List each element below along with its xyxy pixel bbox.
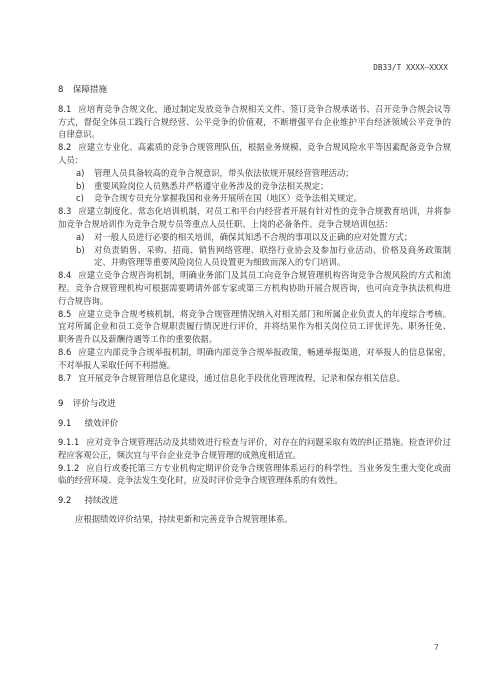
document-code: DB33/T XXXX—XXXX [373,63,448,72]
clause-8-1: 8.1应培育竞争合规文化，通过制定发放竞争合规相关文件、签订竞争合规承诺书、召开… [58,103,451,141]
section-number: 9 [58,398,70,411]
clause-8-6: 8.6应建立内部竞争合规举报机制，明确内部竞争合规举报政策，畅通举报渠道，对举报… [58,346,451,372]
clause-text: 宜开展竞争合规管理信息化建设，通过信息化手段优化管理流程，记录和保存相关信息。 [78,373,405,383]
list-item-text: 对一般人员进行必要的相关培训，确保其知悉不合规的事项以及正确的应对处置方式； [94,232,412,242]
page-number: 7 [434,643,439,652]
list-item-label: c) [76,192,84,205]
clause-text: 应建立专业化、高素质的竞争合规管理队伍，根据业务规模、竞争合规风险水平等因素配备… [58,142,451,165]
clause-text: 应建立竞争合规咨询机制，明确业务部门及其员工向竞争合规管理机构咨询竞争合规风险的… [58,270,451,306]
clause-number: 8.7 [58,372,71,385]
clause-number: 8.1 [58,103,71,116]
clause-number: 9.1.2 [58,462,79,475]
list-item: c) 竞争合规专员充分掌握我国和业务开展所在国（地区）竞争法相关规定。 [58,192,451,205]
clause-text: 应培育竞争合规文化，通过制定发放竞争合规相关文件、签订竞争合规承诺书、召开竞争合… [58,104,451,140]
clause-number: 8.5 [58,308,71,321]
clause-number: 9.1.1 [58,436,79,449]
clause-text: 应建立内部竞争合规举报机制，明确内部竞争合规举报政策，畅通举报渠道，对举报人的信… [58,347,451,370]
list-item-text: 重要风险岗位人员熟悉并严格遵守业务涉及的竞争法相关规定； [94,181,329,191]
section-title: 评价与改进 [73,399,116,409]
subsection-9-2-text: 应根据绩效评价结果，持续更新和完善竞争合规管理体系。 [58,513,451,526]
clause-8-3-list: a) 对一般人员进行必要的相关培训，确保其知悉不合规的事项以及正确的应对处置方式… [58,231,451,269]
subsection-number: 9.1 [58,417,82,430]
clause-number: 8.6 [58,346,71,359]
clause-8-3: 8.3应建立制度化、常态化培训机制，对员工和平台内经营者开展有针对性的竞争合规教… [58,205,451,231]
clause-9-1-1: 9.1.1应对竞争合规管理活动及其绩效进行检查与评价，对存在的问题采取有效的纠正… [58,436,451,462]
subsection-9-1-heading: 9.1 绩效评价 [58,417,451,430]
list-item-label: b) [76,180,85,193]
list-item: b) 重要风险岗位人员熟悉并严格遵守业务涉及的竞争法相关规定； [58,180,451,193]
clause-8-5: 8.5应建立竞争合规考核机制，将竞争合规管理情况纳入对相关部门和所属企业负责人的… [58,308,451,346]
clause-number: 8.4 [58,269,71,282]
spacer [58,384,451,398]
document-page: DB33/T XXXX—XXXX 8 保障措施 8.1应培育竞争合规文化，通过制… [0,0,495,700]
list-item-text: 对负责销售、采购、招商、销售网络管理、联络行业协会及参加行业活动、价格及商务政策… [94,245,451,268]
list-item-label: a) [76,167,84,180]
clause-number: 8.3 [58,205,71,218]
clause-8-2: 8.2应建立专业化、高素质的竞争合规管理队伍，根据业务规模、竞争合规风险水平等因… [58,141,451,167]
list-item-label: b) [76,244,85,257]
section-number: 8 [58,84,70,97]
page-content: 8 保障措施 8.1应培育竞争合规文化，通过制定发放竞争合规相关文件、签订竞争合… [58,84,451,526]
section-8-heading: 8 保障措施 [58,84,451,97]
list-item: a) 对一般人员进行必要的相关培训，确保其知悉不合规的事项以及正确的应对处置方式… [58,231,451,244]
clause-text: 应建立制度化、常态化培训机制，对员工和平台内经营者开展有针对性的竞争合规教育培训… [58,206,451,229]
clause-8-7: 8.7宜开展竞争合规管理信息化建设，通过信息化手段优化管理流程，记录和保存相关信… [58,372,451,385]
clause-text: 应自行或委托第三方专业机构定期评价竞争合规管理体系运行的科学性。当业务发生重大变… [58,463,451,486]
list-item: b) 对负责销售、采购、招商、销售网络管理、联络行业协会及参加行业活动、价格及商… [58,244,451,270]
list-item-text: 管理人员具备较高的竞争合规意识，带头依法依规开展经营管理活动； [94,168,354,178]
subsection-title: 持续改进 [85,495,119,505]
subsection-number: 9.2 [58,494,82,507]
list-item: a) 管理人员具备较高的竞争合规意识，带头依法依规开展经营管理活动； [58,167,451,180]
subsection-title: 绩效评价 [85,418,119,428]
section-title: 保障措施 [73,85,107,95]
clause-number: 8.2 [58,141,71,154]
clause-8-4: 8.4应建立竞争合规咨询机制，明确业务部门及其员工向竞争合规管理机构咨询竞争合规… [58,269,451,307]
list-item-label: a) [76,231,84,244]
section-9-heading: 9 评价与改进 [58,398,451,411]
clause-text: 应对竞争合规管理活动及其绩效进行检查与评价，对存在的问题采取有效的纠正措施。检查… [58,437,451,460]
clause-9-1-2: 9.1.2应自行或委托第三方专业机构定期评价竞争合规管理体系运行的科学性。当业务… [58,462,451,488]
clause-text: 应建立竞争合规考核机制，将竞争合规管理情况纳入对相关部门和所属企业负责人的年度综… [58,309,451,345]
list-item-text: 竞争合规专员充分掌握我国和业务开展所在国（地区）竞争法相关规定。 [94,193,362,203]
subsection-9-2-heading: 9.2 持续改进 [58,494,451,507]
clause-8-2-list: a) 管理人员具备较高的竞争合规意识，带头依法依规开展经营管理活动； b) 重要… [58,167,451,205]
